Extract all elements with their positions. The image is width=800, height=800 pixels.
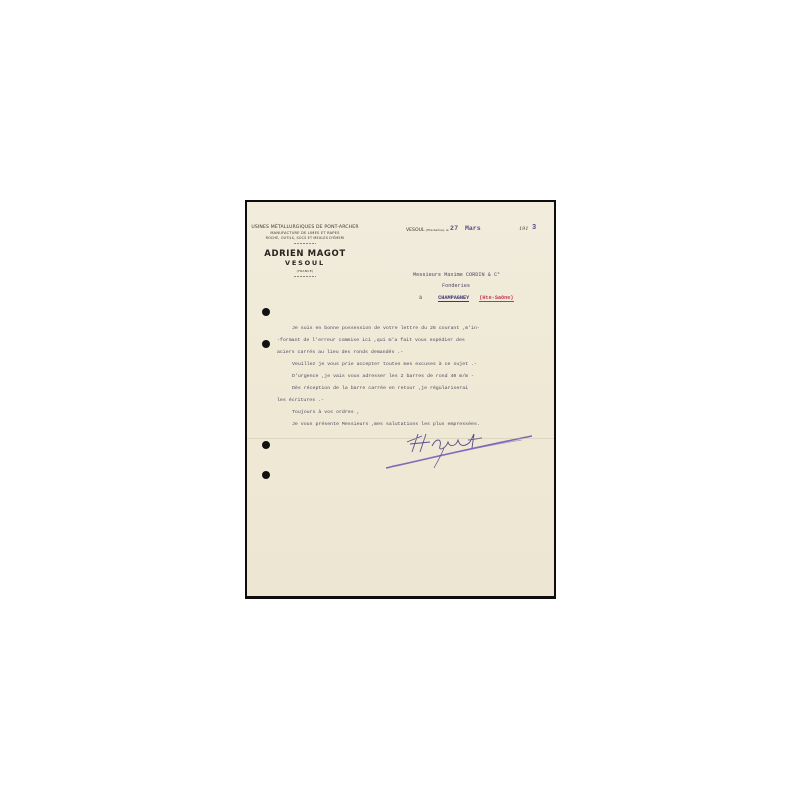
recipient-name: Messieurs Maxime CORDIN & C°: [413, 272, 500, 278]
letter-paper: USINES MÉTALLURGIQUES DE PONT-ARCHER MAN…: [247, 202, 554, 596]
recipient-town: CHAMPAGNEY: [438, 295, 469, 302]
dateline-place: VESOUL (Hte-Saône), le: [406, 228, 449, 233]
place-suffix: (Hte-Saône), le: [426, 228, 449, 232]
recipient-region: (Hte-Saône): [479, 295, 513, 302]
body-line: Dès réception de la barre carrée en reto…: [292, 386, 468, 391]
body-line: les écritures .-: [277, 398, 324, 403]
ornament-divider: [294, 243, 316, 244]
body-line: D'urgence ,je vais vous adresser les 2 b…: [292, 374, 474, 379]
ornament-divider: [294, 276, 316, 277]
recipient-prefix: à: [419, 295, 422, 301]
date-year-digit: 3: [532, 224, 536, 232]
punch-hole: [262, 340, 270, 348]
punch-hole: [262, 471, 270, 479]
date-day: 27: [450, 225, 458, 232]
letterhead-line-3: ROCHE, OUTILS, SOCS ET MEULES D'ÉMERI: [251, 236, 359, 240]
body-line: Veuillez je vous prie accepter toutes me…: [292, 362, 477, 367]
body-line: aciers carrés au lieu des ronds demandés…: [277, 350, 403, 355]
body-line: -formant de l'erreur commise ici ,qui m'…: [277, 338, 465, 343]
letterhead-line-2: MANUFACTURE DE LIMES ET RAPES: [251, 231, 359, 235]
recipient-location: àCHAMPAGNEY(Hte-Saône): [419, 295, 514, 301]
recipient-business: Fonderies: [442, 283, 470, 289]
company-city: VESOUL: [251, 259, 359, 267]
company-country: (FRANCE): [251, 269, 359, 273]
body-line: Je vous présente Messieurs ,mes salutati…: [292, 422, 480, 427]
body-line: Toujours à vos ordres ,: [292, 410, 360, 415]
document-frame: USINES MÉTALLURGIQUES DE PONT-ARCHER MAN…: [245, 200, 556, 599]
punch-hole: [262, 441, 270, 449]
place-name: VESOUL: [406, 228, 425, 233]
date-month: Mars: [465, 225, 481, 232]
punch-hole: [262, 308, 270, 316]
letterhead-line-1: USINES MÉTALLURGIQUES DE PONT-ARCHER: [251, 225, 359, 230]
handwritten-signature: [382, 430, 542, 472]
date-year-prefix: 191: [519, 226, 529, 232]
body-line: Je suis en bonne possession de votre let…: [292, 326, 480, 331]
company-name: ADRIEN MAGOT: [251, 249, 359, 259]
